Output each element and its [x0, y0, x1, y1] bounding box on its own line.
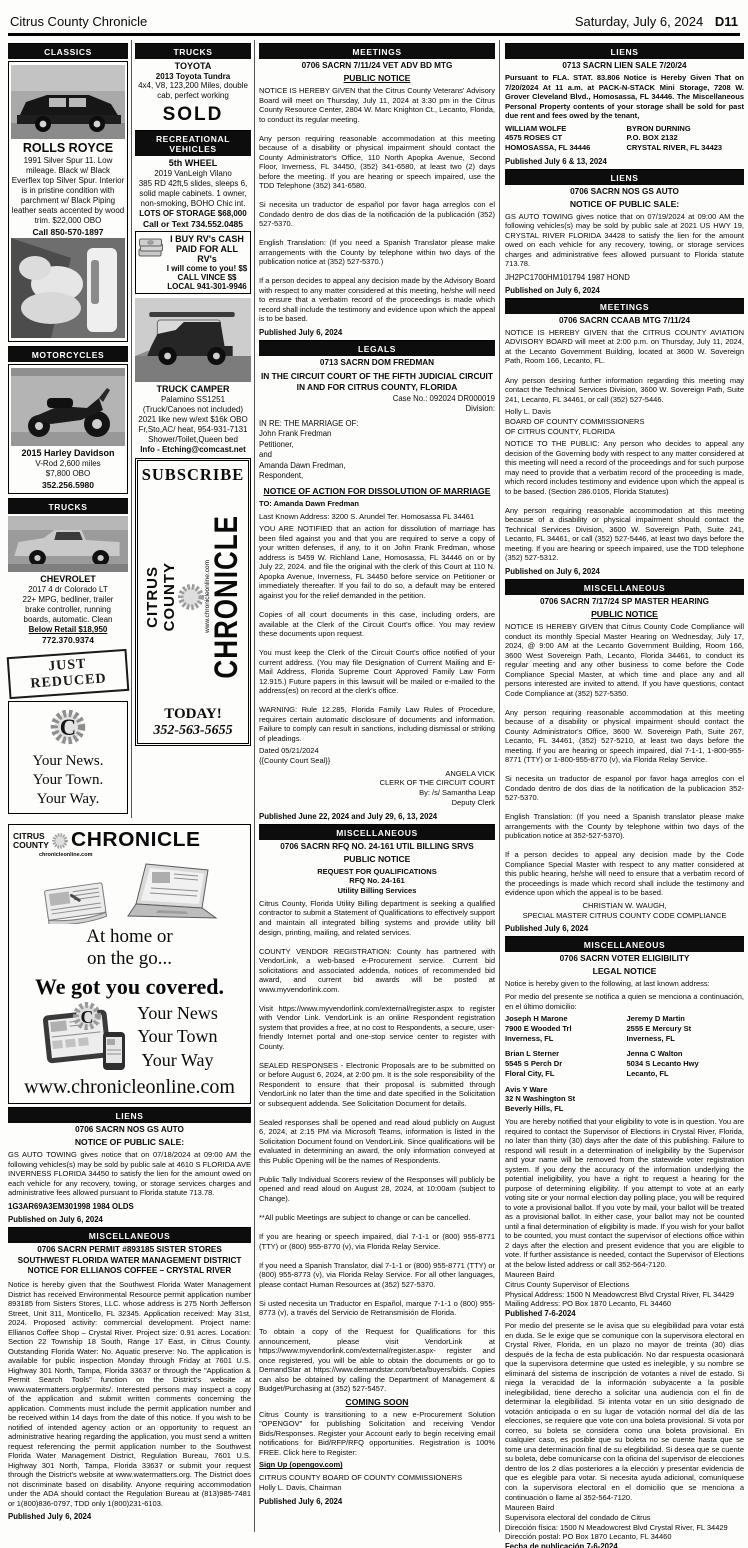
- notice-slug: 0706 SACRN PERMIT #893185 SISTER STORES: [8, 1245, 251, 1254]
- ad-phone: Call 850-570-1897: [11, 227, 125, 237]
- newspaper-icon: [40, 876, 118, 924]
- tablet-phone-icon: C: [41, 1002, 133, 1072]
- notice-slug: 0706 SACRN RFQ NO. 24-161 UTIL BILLING S…: [259, 842, 495, 851]
- voter-address: Joseph H Marone 7900 E Wooded Trl Invern…: [505, 1014, 623, 1043]
- special-master-hearing-notice: 0706 SACRN 7/17/24 SP MASTER HEARING PUB…: [505, 597, 744, 933]
- notice-title: PUBLIC NOTICE: [505, 609, 744, 619]
- ad-phone: 772.370.9374: [8, 635, 128, 645]
- notice-title: LEGAL NOTICE: [505, 966, 744, 976]
- notice-slug: 0706 SACRN NOS GS AUTO: [505, 187, 744, 196]
- gs-auto-lien-notice-inverness: 0706 SACRN NOS GS AUTO NOTICE OF PUBLIC …: [8, 1125, 251, 1224]
- dated-line: Dated 05/21/2024 {{County Court Seal}}: [259, 746, 495, 766]
- columns: CLASSICS ROLLS ROYCE 1991 Silver Spur 11…: [8, 40, 740, 1532]
- section-bar-trucks: TRUCKS: [135, 43, 251, 59]
- published-line: Published on July 6, 2024: [505, 286, 744, 295]
- ad-body: 2017 4 dr Colorado LT 22+ MPG, bedliner,…: [8, 585, 128, 625]
- notice-slug: 0713 SACRN LIEN SALE 7/20/24: [505, 61, 744, 70]
- board-signature: CITRUS COUNTY BOARD OF COUNTY COMMISSION…: [259, 1473, 495, 1493]
- ad-title: CHEVROLET: [8, 574, 128, 584]
- notice-slug: 0706 SACRN 7/17/24 SP MASTER HEARING: [505, 597, 744, 606]
- voter-body-english: You are hereby notified that your eligib…: [505, 1117, 744, 1269]
- opengov-signup-link[interactable]: Sign Up (opengov.com): [259, 1460, 343, 1469]
- just-reduced-stamp: JUST REDUCED: [7, 649, 130, 699]
- rfq-subtitle: REQUEST FOR QUALIFICATIONS RFQ No. 24-16…: [259, 867, 495, 896]
- voter-address-list: Joseph H Marone 7900 E Wooded Trl Invern…: [505, 1014, 744, 1114]
- chronicle-sunburst-logo-icon: [176, 582, 206, 612]
- ad-body: 4x4, V8, 123,200 Miles, double cab, perf…: [135, 81, 251, 101]
- column-trucks-rv: TRUCKS TOYOTA 2013 Toyota Tundra 4x4, V8…: [131, 40, 251, 818]
- notice-body: NOTICE IS HEREBY GIVEN that the CITRUS C…: [505, 328, 744, 404]
- board-signature: Holly L. Davis BOARD OF COUNTY COMMISSIO…: [505, 407, 744, 436]
- tenant-address: WILLIAM WOLFE 4575 ROSES CT HOMOSASSA, F…: [505, 124, 623, 153]
- aviation-advisory-board-notice: 0706 SACRN CCAAB MTG 7/11/24 NOTICE IS H…: [505, 316, 744, 576]
- chronicle-sunburst-logo-icon: [51, 832, 69, 850]
- voter-eligibility-notice: 0706 SACRN VOTER ELIGIBILITY LEGAL NOTIC…: [505, 954, 744, 1548]
- brand-county-vertical: COUNTY: [161, 562, 178, 631]
- ad-body: V-Rod 2,600 miles $7,800 OBO: [11, 459, 125, 479]
- ad-title: TRUCK CAMPER: [135, 384, 251, 394]
- subscribe-brand: CITRUS COUNTY www.chronicleonline.com CH…: [140, 489, 246, 704]
- left-two-columns: CLASSICS ROLLS ROYCE 1991 Silver Spur 11…: [8, 40, 251, 818]
- section-bar-misc-2: MISCELLANEOUS: [505, 936, 744, 952]
- notice-body: NOTICE IS HEREBY GIVEN that the Citrus C…: [259, 86, 495, 324]
- ad-phone: Call or Text 734.552.0485: [135, 219, 251, 229]
- notice-title: PUBLIC NOTICE: [259, 73, 495, 83]
- published-line-spanish: Fecha de publicación 7-6-2024: [505, 1542, 744, 1548]
- chronicle-c-promo-ad: C Your News. Your Town. Your Way.: [8, 701, 128, 814]
- ad-body: 2019 VanLeigh Vilano 385 RD 42ft,5 slide…: [135, 169, 251, 209]
- chronicle-sunburst-logo-icon: C: [48, 707, 88, 747]
- tenant-address: BYRON DURNING P.O. BOX 2132 CRYSTAL RIVE…: [627, 124, 745, 153]
- elections-contact-spanish: Maureen Baird Supervisora electoral del …: [505, 1503, 744, 1542]
- dissolution-of-marriage-notice: 0713 SACRN DOM FREDMAN IN THE CIRCUIT CO…: [259, 358, 495, 821]
- section-bar-liens-1: LIENS: [505, 43, 744, 59]
- published-line: Published July 6, 2024: [259, 1497, 495, 1506]
- published-line: Published July 6 & 13, 2024: [505, 157, 744, 166]
- column-legal-notices: MEETINGS 0706 SACRN 7/11/24 VET ADV BD M…: [254, 40, 499, 1532]
- published-line: Published on July 6, 2024: [505, 567, 744, 576]
- promo-tagline: Your News. Your Town. Your Way.: [11, 752, 125, 808]
- subscribe-ad[interactable]: SUBSCRIBE CITRUS COUNTY www.chronicleonl…: [135, 458, 251, 746]
- brand-citrus-vertical: CITRUS: [144, 566, 161, 628]
- pack-n-stack-lien-sale-notice: 0713 SACRN LIEN SALE 7/20/24 Pursuant to…: [505, 61, 744, 166]
- published-line: Published on July 6, 2024: [8, 1215, 251, 1224]
- page-number: D11: [715, 14, 738, 29]
- brand-chronicle-vertical: CHRONICLE: [207, 515, 246, 679]
- notice-body: YOU ARE NOTIFIED that an action for diss…: [259, 524, 495, 743]
- notice-title: NOTICE OF PUBLIC SALE:: [8, 1137, 251, 1147]
- intro-english: Notice is hereby given to the following,…: [505, 979, 744, 989]
- house-tagline: Your News Your Town Your Way: [137, 1002, 218, 1072]
- buy-rvs-sub: I will come to you! $$ CALL VINCE $$ LOC…: [166, 264, 248, 291]
- section-bar-classics: CLASSICS: [8, 43, 128, 59]
- section-bar-meetings: MEETINGS: [259, 43, 495, 59]
- chevrolet-photo: [8, 516, 128, 572]
- camper-email-link[interactable]: Info - Etching@comcast.net: [135, 445, 251, 454]
- clerk-signature: ANGELA VICK CLERK OF THE CIRCUIT COURT B…: [259, 769, 495, 808]
- ad-subtitle: 2013 Toyota Tundra: [135, 72, 251, 81]
- house-line1: At home or: [13, 926, 246, 948]
- brand-county: COUNTY: [13, 841, 49, 850]
- rfq-utility-billing-notice: 0706 SACRN RFQ NO. 24-161 UTIL BILLING S…: [259, 842, 495, 1506]
- notice-body: NOTICE IS HEREBY GIVEN that Citrus Count…: [505, 622, 744, 898]
- published-line-english: Published 7-6-2024: [505, 1309, 744, 1318]
- svg-text:C: C: [81, 1007, 94, 1027]
- ad-title: 2015 Harley Davidson: [11, 448, 125, 458]
- chevrolet-ad: CHEVROLET 2017 4 dr Colorado LT 22+ MPG,…: [8, 516, 128, 695]
- opengov-paragraph: Citrus County is transitioning to a new …: [259, 1410, 495, 1458]
- veterans-board-meeting-notice: 0706 SACRN 7/11/24 VET ADV BD MTG PUBLIC…: [259, 61, 495, 337]
- notice-body: Citrus County, Florida Utility Billing d…: [259, 899, 495, 1394]
- house-url-link[interactable]: www.chronicleonline.com: [13, 1076, 246, 1099]
- brand-url-small: chronicleonline.com: [39, 852, 246, 858]
- notice-title: SOUTHWEST FLORIDA WATER MANAGEMENT DISTR…: [8, 1256, 251, 1277]
- vehicle-vin: JH2PC1700HM101794 1987 HOND: [505, 273, 744, 282]
- rolls-royce-exterior-photo: [11, 65, 125, 139]
- house-devices: [13, 860, 246, 924]
- notice-slug: 0713 SACRN DOM FREDMAN: [259, 358, 495, 367]
- published-line: Published July 6, 2024: [259, 328, 495, 337]
- section-bar-misc-1: MISCELLANEOUS: [505, 579, 744, 595]
- harley-photo: [11, 368, 125, 446]
- notice-title: PUBLIC NOTICE: [259, 854, 495, 864]
- subscribe-today: TODAY!: [140, 706, 246, 723]
- ad-body: Palamino SS1251 (Truck/Canoes not includ…: [135, 395, 251, 445]
- swfwmd-permit-notice: 0706 SACRN PERMIT #893185 SISTER STORES …: [8, 1245, 251, 1522]
- rolls-royce-ad: ROLLS ROYCE 1991 Silver Spur 11. Low mil…: [8, 61, 128, 342]
- column-classics: CLASSICS ROLLS ROYCE 1991 Silver Spur 11…: [8, 40, 131, 818]
- case-number: Case No.: 092024 DR000019 Division:: [259, 394, 495, 415]
- notice-body: GS AUTO TOWING gives notice that on 07/1…: [505, 212, 744, 269]
- ad-body: 1991 Silver Spur 11. Low mileage. Black …: [11, 156, 125, 226]
- house-brand-row: CITRUS COUNTY CHRONICLE: [13, 829, 246, 852]
- notice-title: NOTICE OF PUBLIC SALE:: [505, 199, 744, 209]
- truck-camper-ad: TRUCK CAMPER Palamino SS1251 (Truck/Cano…: [135, 298, 251, 454]
- notice-title: NOTICE OF ACTION FOR DISSOLUTION OF MARR…: [259, 486, 495, 496]
- notice-slug: 0706 SACRN VOTER ELIGIBILITY: [505, 954, 744, 963]
- notice-body: GS AUTO TOWING gives notice that on 07/1…: [8, 1150, 251, 1198]
- chronicle-house-ad: CITRUS COUNTY CHRONICLE chronicleonline.…: [8, 824, 251, 1104]
- case-parties: IN RE: THE MARRIAGE OF: John Frank Fredm…: [259, 419, 495, 482]
- voter-address: Jenna C Walton 5034 S Lecanto Hwy Lecant…: [627, 1049, 745, 1078]
- subscribe-title: SUBSCRIBE: [140, 465, 246, 485]
- ad-phone: 352.256.5980: [11, 480, 125, 490]
- gs-auto-lien-notice-crystal-river: 0706 SACRN NOS GS AUTO NOTICE OF PUBLIC …: [505, 187, 744, 295]
- truck-camper-photo: [135, 298, 251, 382]
- voter-address: Brian L Sterner 5545 S Perch Dr Floral C…: [505, 1049, 623, 1078]
- sold-label: SOLD: [135, 104, 251, 126]
- section-bar-misc-left: MISCELLANEOUS: [8, 1227, 251, 1243]
- voter-body-spanish: Por medio del presente se le avisa que s…: [505, 1321, 744, 1502]
- brand-citrus-county: CITRUS COUNTY: [13, 832, 49, 849]
- section-bar-liens-left: LIENS: [8, 1107, 251, 1123]
- coming-soon-heading: COMING SOON: [259, 1397, 495, 1407]
- toyota-ad: TOYOTA 2013 Toyota Tundra 4x4, V8, 123,2…: [135, 61, 251, 126]
- cash-stack-icon: [138, 237, 164, 259]
- fifth-wheel-ad: 5th WHEEL 2019 VanLeigh Vilano 385 RD 42…: [135, 158, 251, 229]
- section-bar-trucks-left: TRUCKS: [8, 498, 128, 514]
- rolls-royce-interior-photo: [11, 238, 125, 338]
- ad-title: TOYOTA: [135, 61, 251, 71]
- published-line: Published June 22, 2024 and July 29, 6, …: [259, 812, 495, 821]
- house-bottom-row: C Your News Your Town Your Way: [13, 1002, 246, 1072]
- masthead: Citrus County Chronicle Saturday, July 6…: [8, 4, 740, 36]
- house-covered-line: We got you covered.: [13, 974, 246, 1000]
- notice-slug: 0706 SACRN CCAAB MTG 7/11/24: [505, 316, 744, 325]
- last-known-address: Last Known Address: 3200 S. Arundel Ter.…: [259, 512, 495, 522]
- ad-title: 5th WHEEL: [135, 158, 251, 168]
- masthead-right: Saturday, July 6, 2024 D11: [575, 14, 738, 29]
- section-bar-meetings-col4: MEETINGS: [505, 298, 744, 314]
- voter-address: Avis Y Ware 32 N Washington St Beverly H…: [505, 1085, 623, 1114]
- section-bar-motorcycles: MOTORCYCLES: [8, 346, 128, 362]
- tenant-list: WILLIAM WOLFE 4575 ROSES CT HOMOSASSA, F…: [505, 124, 744, 153]
- ad-storage-line: LOTS OF STORAGE $68,000: [135, 209, 251, 218]
- section-bar-recreational: RECREATIONAL VEHICLES: [135, 130, 251, 156]
- ad-price-line: Below Retail $18,950: [8, 625, 128, 634]
- to-line: TO: Amanda Dawn Fredman: [259, 499, 495, 509]
- just-reduced-stamp-wrap: JUST REDUCED: [8, 653, 128, 695]
- notice-slug: 0706 SACRN 7/11/24 VET ADV BD MTG: [259, 61, 495, 70]
- published-line: Published July 6, 2024: [505, 924, 744, 933]
- brand-chronicle: CHRONICLE: [71, 829, 201, 852]
- notice-body: Pursuant to FLA. STAT. 83.806 Notice is …: [505, 73, 744, 121]
- buy-rvs-headline: I BUY RV's CASH PAID FOR ALL RV's: [166, 234, 248, 264]
- special-master-signature: CHRISTIAN W. WAUGH, SPECIAL MASTER CITRU…: [505, 901, 744, 921]
- section-bar-misc-col3: MISCELLANEOUS: [259, 824, 495, 840]
- house-line2: on the go...: [13, 948, 246, 970]
- issue-date: Saturday, July 6, 2024: [575, 14, 703, 29]
- column-liens-meetings: LIENS 0713 SACRN LIEN SALE 7/20/24 Pursu…: [499, 40, 744, 1532]
- laptop-icon: [124, 860, 220, 924]
- vehicle-vin: 1G3AR69A3EM301998 1984 OLDS: [8, 1202, 251, 1211]
- court-heading: IN THE CIRCUIT COURT OF THE FIFTH JUDICI…: [259, 371, 495, 393]
- notice-to-public: NOTICE TO THE PUBLIC: Any person who dec…: [505, 439, 744, 563]
- left-region: CLASSICS ROLLS ROYCE 1991 Silver Spur 11…: [8, 40, 251, 1532]
- notice-body: Notice is hereby given that the Southwes…: [8, 1280, 251, 1508]
- harley-ad: 2015 Harley Davidson V-Rod 2,600 miles $…: [8, 364, 128, 494]
- section-bar-legals: LEGALS: [259, 340, 495, 356]
- newspaper-page: Citrus County Chronicle Saturday, July 6…: [0, 0, 748, 1548]
- published-line: Published July 6, 2024: [8, 1512, 251, 1521]
- newspaper-name: Citrus County Chronicle: [10, 14, 147, 29]
- svg-text:C: C: [60, 715, 76, 740]
- elections-contact-english: Maureen Baird Citrus County Supervisor o…: [505, 1270, 744, 1309]
- section-bar-liens-2: LIENS: [505, 169, 744, 185]
- voter-address: Jeremy D Martin 2555 E Mercury St Invern…: [627, 1014, 745, 1043]
- ad-title: ROLLS ROYCE: [11, 141, 125, 155]
- intro-spanish: Por medio del presente se notifica a qui…: [505, 992, 744, 1011]
- buy-rvs-ad: I BUY RV's CASH PAID FOR ALL RV's I will…: [135, 231, 251, 294]
- notice-slug: 0706 SACRN NOS GS AUTO: [8, 1125, 251, 1134]
- subscribe-phone[interactable]: 352-563-5655: [140, 723, 246, 739]
